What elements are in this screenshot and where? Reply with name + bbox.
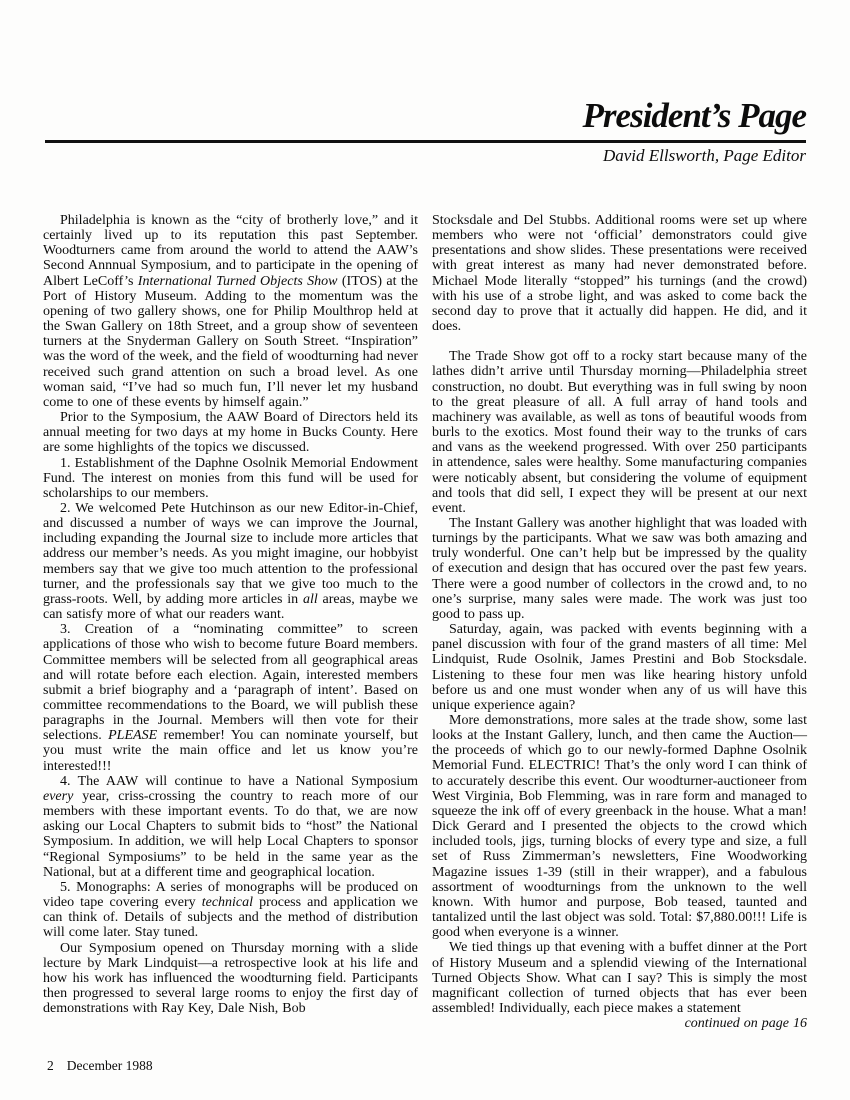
paragraph: Stocksdale and Del Stubbs. Additional ro… [432, 213, 807, 334]
italic-text-run: all [303, 592, 318, 607]
page-editor-byline: David Ellsworth, Page Editor [603, 146, 806, 166]
text-run: 3. Creation of a “nominating committee” … [43, 622, 418, 743]
paragraph: More demonstrations, more sales at the t… [432, 713, 807, 940]
paragraph: The Instant Gallery was another highligh… [432, 516, 807, 622]
text-run: More demonstrations, more sales at the t… [432, 713, 807, 940]
text-run: Prior to the Symposium, the AAW Board of… [43, 410, 418, 455]
header-rule [45, 140, 806, 143]
paragraph: Prior to the Symposium, the AAW Board of… [43, 410, 418, 455]
page-footer: 2December 1988 [47, 1058, 153, 1074]
paragraph: We tied things up that evening with a bu… [432, 940, 807, 1016]
italic-text-run: PLEASE [108, 728, 157, 743]
text-run: Saturday, again, was packed with events … [432, 622, 807, 713]
text-run: year, criss-crossing the country to reac… [43, 789, 418, 880]
paragraph: 3. Creation of a “nominating committee” … [43, 622, 418, 774]
text-run: 1. Establishment of the Daphne Osolnik M… [43, 456, 418, 501]
italic-text-run: International Turned Objects Show [138, 274, 338, 289]
text-run: The Trade Show got off to a rocky start … [432, 349, 807, 516]
magazine-page: President’s Page David Ellsworth, Page E… [0, 0, 850, 1100]
issue-date: December 1988 [67, 1058, 153, 1073]
text-run: We tied things up that evening with a bu… [432, 940, 807, 1016]
text-run: Stocksdale and Del Stubbs. Additional ro… [432, 213, 807, 334]
page-number: 2 [47, 1058, 54, 1073]
left-column: Philadelphia is known as the “city of br… [43, 213, 418, 1031]
article-body: Philadelphia is known as the “city of br… [43, 213, 807, 1031]
paragraph: 4. The AAW will continue to have a Natio… [43, 774, 418, 880]
paragraph: The Trade Show got off to a rocky start … [432, 349, 807, 516]
italic-text-run: technical [202, 895, 253, 910]
paragraph: Saturday, again, was packed with events … [432, 622, 807, 713]
text-run: 4. The AAW will continue to have a Natio… [60, 774, 418, 789]
right-column: Stocksdale and Del Stubbs. Additional ro… [432, 213, 807, 1031]
text-run: Our Symposium opened on Thursday morning… [43, 941, 418, 1017]
paragraph: 2. We welcomed Pete Hutchinson as our ne… [43, 501, 418, 622]
text-run: The Instant Gallery was another highligh… [432, 516, 807, 622]
paragraph: 5. Monographs: A series of monographs wi… [43, 880, 418, 941]
paragraph: continued on page 16 [432, 1016, 807, 1031]
text-run: (ITOS) at the Port of History Museum. Ad… [43, 274, 418, 410]
paragraph: 1. Establishment of the Daphne Osolnik M… [43, 456, 418, 501]
paragraph: Our Symposium opened on Thursday morning… [43, 941, 418, 1017]
page-title: President’s Page [583, 96, 806, 136]
paragraph: Philadelphia is known as the “city of br… [43, 213, 418, 410]
italic-text-run: continued on page 16 [685, 1016, 807, 1031]
italic-text-run: every [43, 789, 73, 804]
